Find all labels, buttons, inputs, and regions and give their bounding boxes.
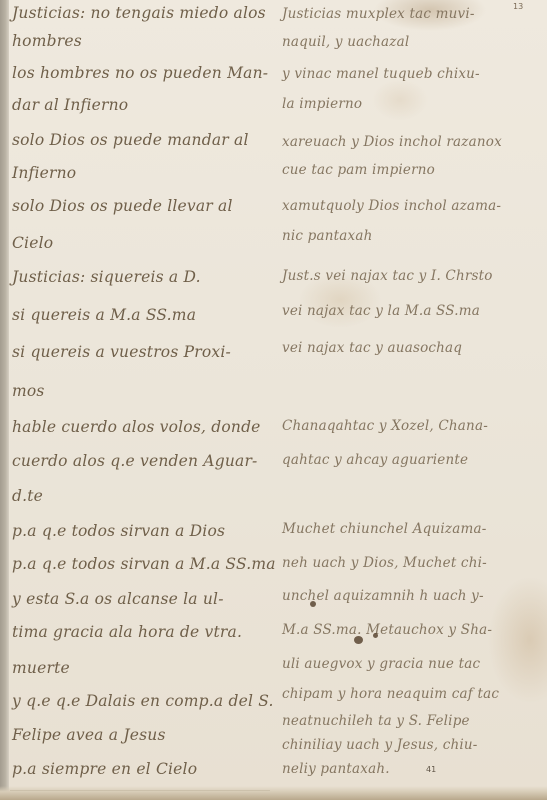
text-line: Infierno <box>12 164 76 182</box>
text-line: vei najax tac y auasochaq <box>282 340 462 356</box>
text-line: Cielo <box>12 234 53 252</box>
text-line: neliy pantaxah. <box>282 761 390 777</box>
text-line: Felipe avea a Jesus <box>12 726 166 744</box>
text-line: si quereis a M.a SS.ma <box>12 306 196 324</box>
text-line: mos <box>12 382 45 400</box>
text-line: los hombres no os pueden Man- <box>12 64 268 82</box>
text-line: p.a q.e todos sirvan a M.a SS.ma <box>12 555 276 573</box>
text-line: d.te <box>12 487 43 505</box>
text-line: la impierno <box>282 96 362 112</box>
text-line: y vinac manel tuqueb chixu- <box>282 66 480 82</box>
text-line: chiniliay uach y Jesus, chiu- <box>282 737 478 753</box>
text-line: uli auegvox y gracia nue tac <box>282 656 480 672</box>
manuscript-page: 13 Justicias: no tengais miedo alos homb… <box>0 0 547 800</box>
ink-blot <box>373 633 378 638</box>
text-line: chipam y hora neaquim caf tac <box>282 686 499 702</box>
text-line: M.a SS.ma. Metauchox y Sha- <box>282 622 492 638</box>
text-line: dar al Infierno <box>12 96 128 114</box>
text-line: nic pantaxah <box>282 228 372 244</box>
ink-blot <box>354 636 363 644</box>
text-line: cuerdo alos q.e venden Aguar- <box>12 452 258 470</box>
text-line: solo Dios os puede mandar al <box>12 131 249 149</box>
folio-mark: 13 <box>513 2 523 11</box>
text-line: neatnuchileh ta y S. Felipe <box>282 713 470 729</box>
text-line: naquil, y uachazal <box>282 34 409 50</box>
text-line: xamutquoly Dios inchol azama- <box>282 198 501 214</box>
binding-gutter-shadow <box>0 0 9 800</box>
text-line: cue tac pam impierno <box>282 162 435 178</box>
text-line: qahtac y ahcay aguariente <box>282 452 468 468</box>
text-line: Just.s vei najax tac y I. Chrsto <box>282 268 493 284</box>
text-line: y q.e q.e Dalais en comp.a del S. <box>12 692 274 710</box>
text-line: hable cuerdo alos volos, donde <box>12 418 261 436</box>
text-line: hombres <box>12 32 82 50</box>
text-line: Justicias: siquereis a D. <box>12 268 201 286</box>
text-line: Muchet chiunchel Aquizama- <box>282 521 486 537</box>
page-bottom-edge <box>0 786 547 800</box>
text-line: solo Dios os puede llevar al <box>12 197 233 215</box>
text-line: y esta S.a os alcanse la ul- <box>12 590 224 608</box>
text-line: Justicias muxplex tac muvi- <box>282 6 475 22</box>
text-line: tima gracia ala hora de vtra. <box>12 623 242 641</box>
text-line: xareuach y Dios inchol razanox <box>282 134 502 150</box>
text-line: p.a siempre en el Cielo <box>12 760 197 778</box>
text-line: Chanaqahtac y Xozel, Chana- <box>282 418 488 434</box>
text-line: muerte <box>12 659 70 677</box>
text-line: p.a q.e todos sirvan a Dios <box>12 522 225 540</box>
text-line: si quereis a vuestros Proxi- <box>12 343 231 361</box>
text-line: vei najax tac y la M.a SS.ma <box>282 303 480 319</box>
text-line: neh uach y Dios, Muchet chi- <box>282 555 487 571</box>
ink-blot <box>310 601 316 607</box>
page-number: 41 <box>426 765 436 774</box>
text-line: Justicias: no tengais miedo alos <box>12 4 266 22</box>
